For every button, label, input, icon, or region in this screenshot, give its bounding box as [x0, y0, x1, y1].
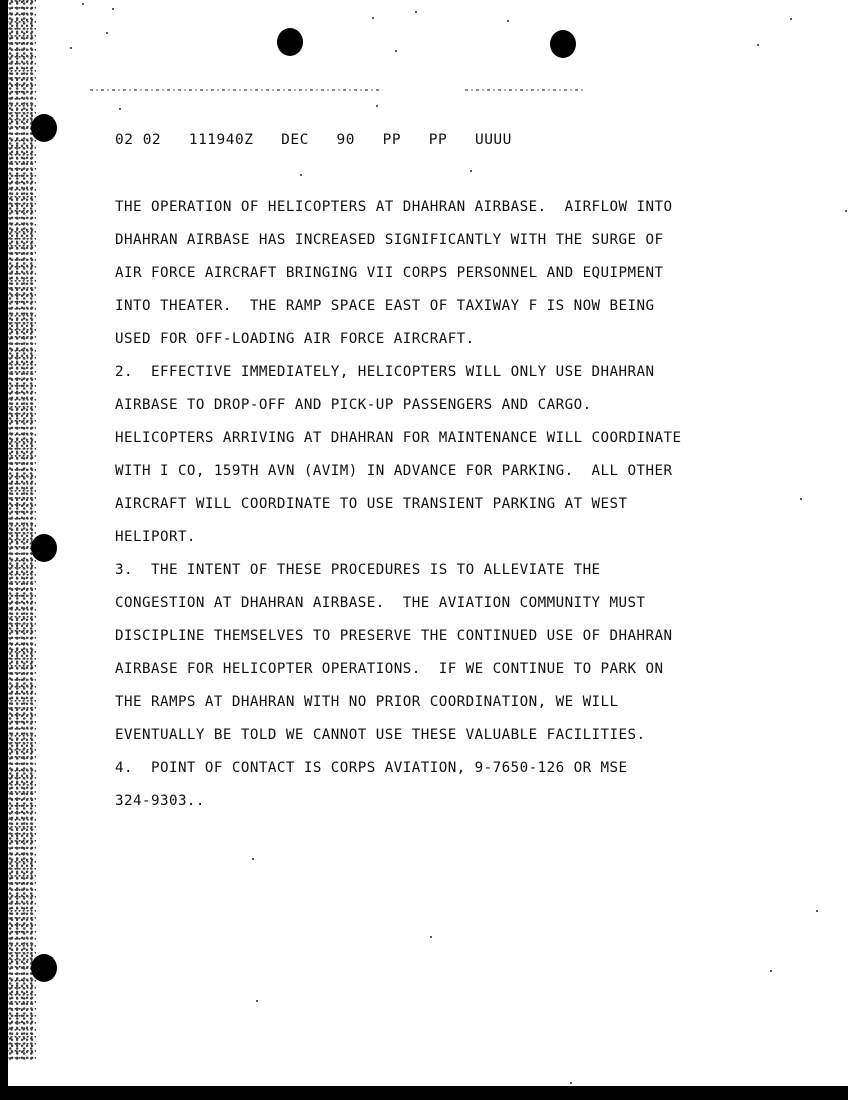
paragraph-3-line: 3. THE INTENT OF THESE PROCEDURES IS TO …: [115, 560, 795, 593]
scan-speck: [300, 174, 302, 176]
paragraph-4-line: 4. POINT OF CONTACT IS CORPS AVIATION, 9…: [115, 758, 795, 791]
scan-speck: [430, 936, 432, 938]
punch-hole-top-right: [550, 30, 576, 58]
scan-speck: [845, 210, 847, 212]
scan-speck: [816, 910, 818, 912]
body-line: AIRBASE FOR HELICOPTER OPERATIONS. IF WE…: [115, 659, 795, 692]
body-line: HELIPORT.: [115, 527, 795, 560]
body-line: WITH I CO, 159TH AVN (AVIM) IN ADVANCE F…: [115, 461, 795, 494]
scan-speck: [757, 44, 759, 46]
message-header-line: 02 02 111940Z DEC 90 PP PP UUUU: [115, 132, 512, 148]
scan-speck: [770, 970, 772, 972]
scan-speck: [372, 17, 374, 19]
scan-edge-noise: [6, 0, 36, 1060]
body-line: USED FOR OFF-LOADING AIR FORCE AIRCRAFT.: [115, 329, 795, 362]
body-line: AIRCRAFT WILL COORDINATE TO USE TRANSIEN…: [115, 494, 795, 527]
scan-speck: [470, 170, 472, 172]
body-line: CONGESTION AT DHAHRAN AIRBASE. THE AVIAT…: [115, 593, 795, 626]
body-line: INTO THEATER. THE RAMP SPACE EAST OF TAX…: [115, 296, 795, 329]
scan-speck: [119, 108, 121, 110]
scan-noise-line: [90, 89, 380, 91]
scan-speck: [376, 105, 378, 107]
contact-number-line: 324-9303..: [115, 791, 795, 824]
scan-speck: [70, 47, 72, 49]
scan-speck: [507, 20, 509, 22]
scan-speck: [252, 858, 254, 860]
scan-speck: [800, 498, 802, 500]
scan-speck: [790, 18, 792, 20]
scan-speck: [570, 1082, 572, 1084]
scan-noise-line: [465, 89, 585, 91]
scan-bottom-band: [0, 1086, 848, 1100]
body-line: THE OPERATION OF HELICOPTERS AT DHAHRAN …: [115, 197, 795, 230]
body-line: THE RAMPS AT DHAHRAN WITH NO PRIOR COORD…: [115, 692, 795, 725]
message-body: THE OPERATION OF HELICOPTERS AT DHAHRAN …: [115, 197, 795, 824]
scan-speck: [415, 11, 417, 13]
body-line: AIR FORCE AIRCRAFT BRINGING VII CORPS PE…: [115, 263, 795, 296]
body-line: EVENTUALLY BE TOLD WE CANNOT USE THESE V…: [115, 725, 795, 758]
scan-speck: [395, 50, 397, 52]
scan-speck: [256, 1000, 258, 1002]
scan-speck: [82, 3, 84, 5]
body-line: AIRBASE TO DROP-OFF AND PICK-UP PASSENGE…: [115, 395, 795, 428]
paragraph-2-line: 2. EFFECTIVE IMMEDIATELY, HELICOPTERS WI…: [115, 362, 795, 395]
body-line: HELICOPTERS ARRIVING AT DHAHRAN FOR MAIN…: [115, 428, 795, 461]
scan-speck: [112, 8, 114, 10]
body-line: DISCIPLINE THEMSELVES TO PRESERVE THE CO…: [115, 626, 795, 659]
punch-hole-left-upper: [31, 114, 57, 142]
punch-hole-left-middle: [31, 534, 57, 562]
punch-hole-top-left: [277, 28, 303, 56]
body-line: DHAHRAN AIRBASE HAS INCREASED SIGNIFICAN…: [115, 230, 795, 263]
scan-speck: [106, 32, 108, 34]
punch-hole-left-lower: [31, 954, 57, 982]
